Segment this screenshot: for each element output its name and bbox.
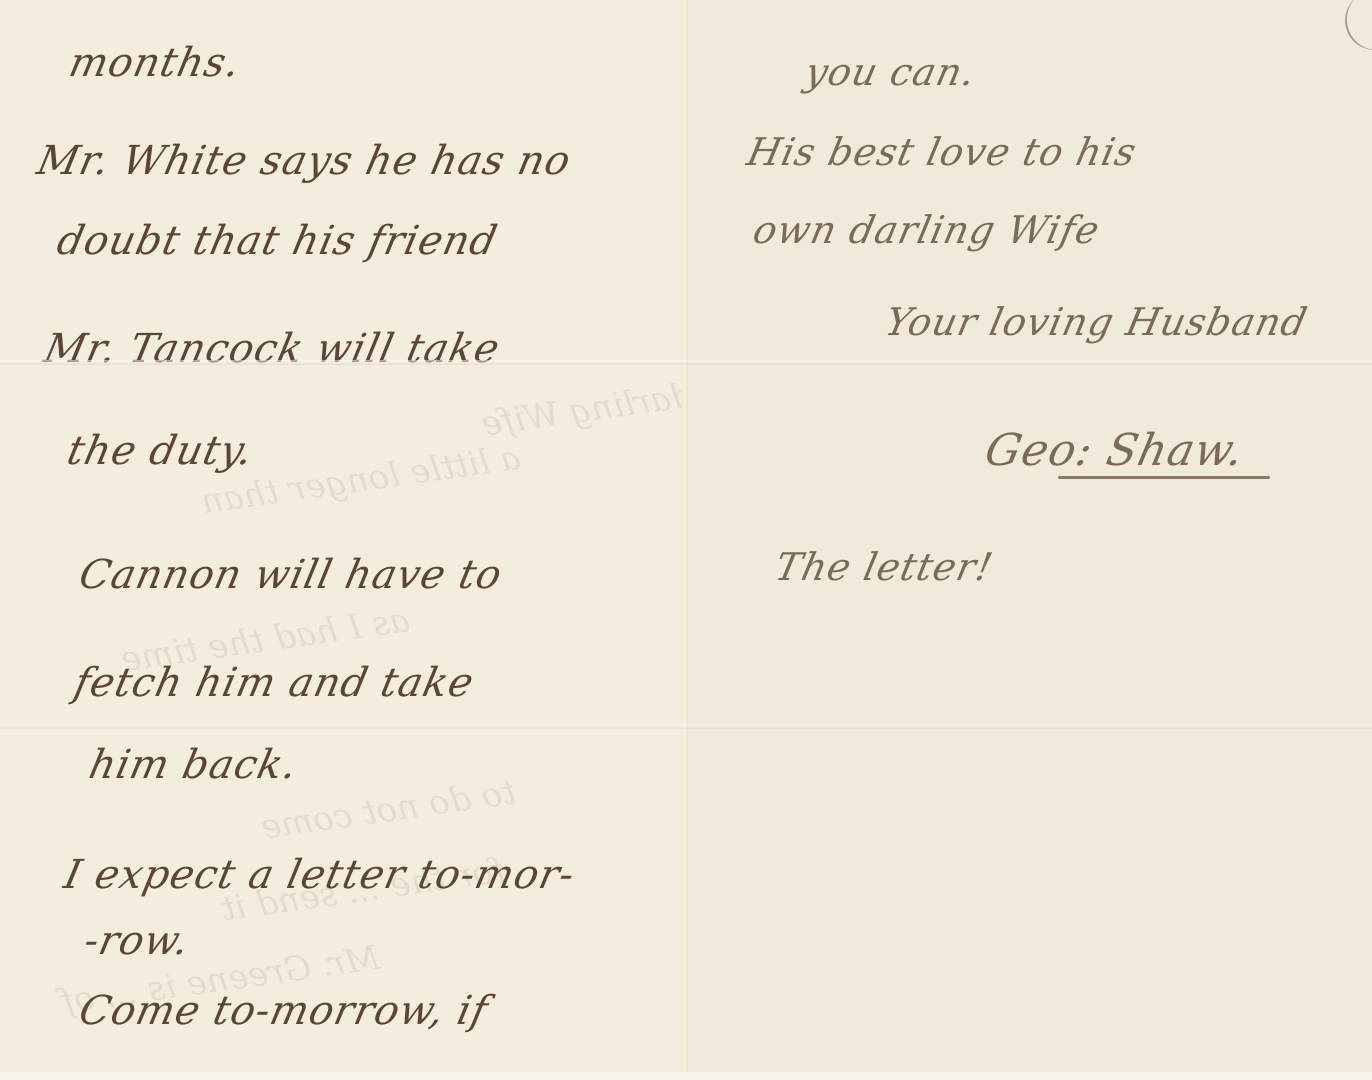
left-page: my own darling Wife a little longer than… bbox=[0, 0, 684, 1080]
letter-line: fetch him and take bbox=[70, 660, 478, 706]
letter-line: Cannon will have to bbox=[75, 552, 506, 598]
paper-edge bbox=[0, 1072, 1372, 1080]
signature-underline bbox=[1058, 476, 1270, 479]
letter-line: Come to-morrow, if bbox=[75, 988, 492, 1034]
letter-line: months. bbox=[65, 40, 245, 86]
right-page: you can. His best love to his own darlin… bbox=[686, 0, 1372, 1080]
letter-line: -row. bbox=[80, 918, 194, 964]
letter-line: His best love to his bbox=[743, 130, 1140, 174]
letter-sheet: my own darling Wife a little longer than… bbox=[0, 0, 1372, 1080]
letter-line: Mr. White says he has no bbox=[33, 138, 575, 184]
vertical-fold bbox=[682, 0, 688, 1080]
closing-line: Your loving Husband bbox=[881, 300, 1311, 344]
letter-line: doubt that his friend bbox=[53, 218, 502, 264]
letter-line: Mr. Tancock will take bbox=[40, 326, 504, 372]
postscript: The letter! bbox=[771, 545, 997, 589]
letter-line: you can. bbox=[801, 50, 980, 94]
letter-line: own darling Wife bbox=[749, 208, 1104, 252]
show-through-text: to do not come bbox=[258, 772, 518, 847]
letter-line: I expect a letter to-mor- bbox=[60, 852, 579, 898]
letter-line: the duty. bbox=[63, 428, 257, 474]
horizontal-fold bbox=[0, 360, 1372, 365]
letter-line: him back. bbox=[85, 742, 302, 788]
horizontal-fold bbox=[0, 724, 1372, 729]
signature: Geo: Shaw. bbox=[981, 425, 1249, 476]
